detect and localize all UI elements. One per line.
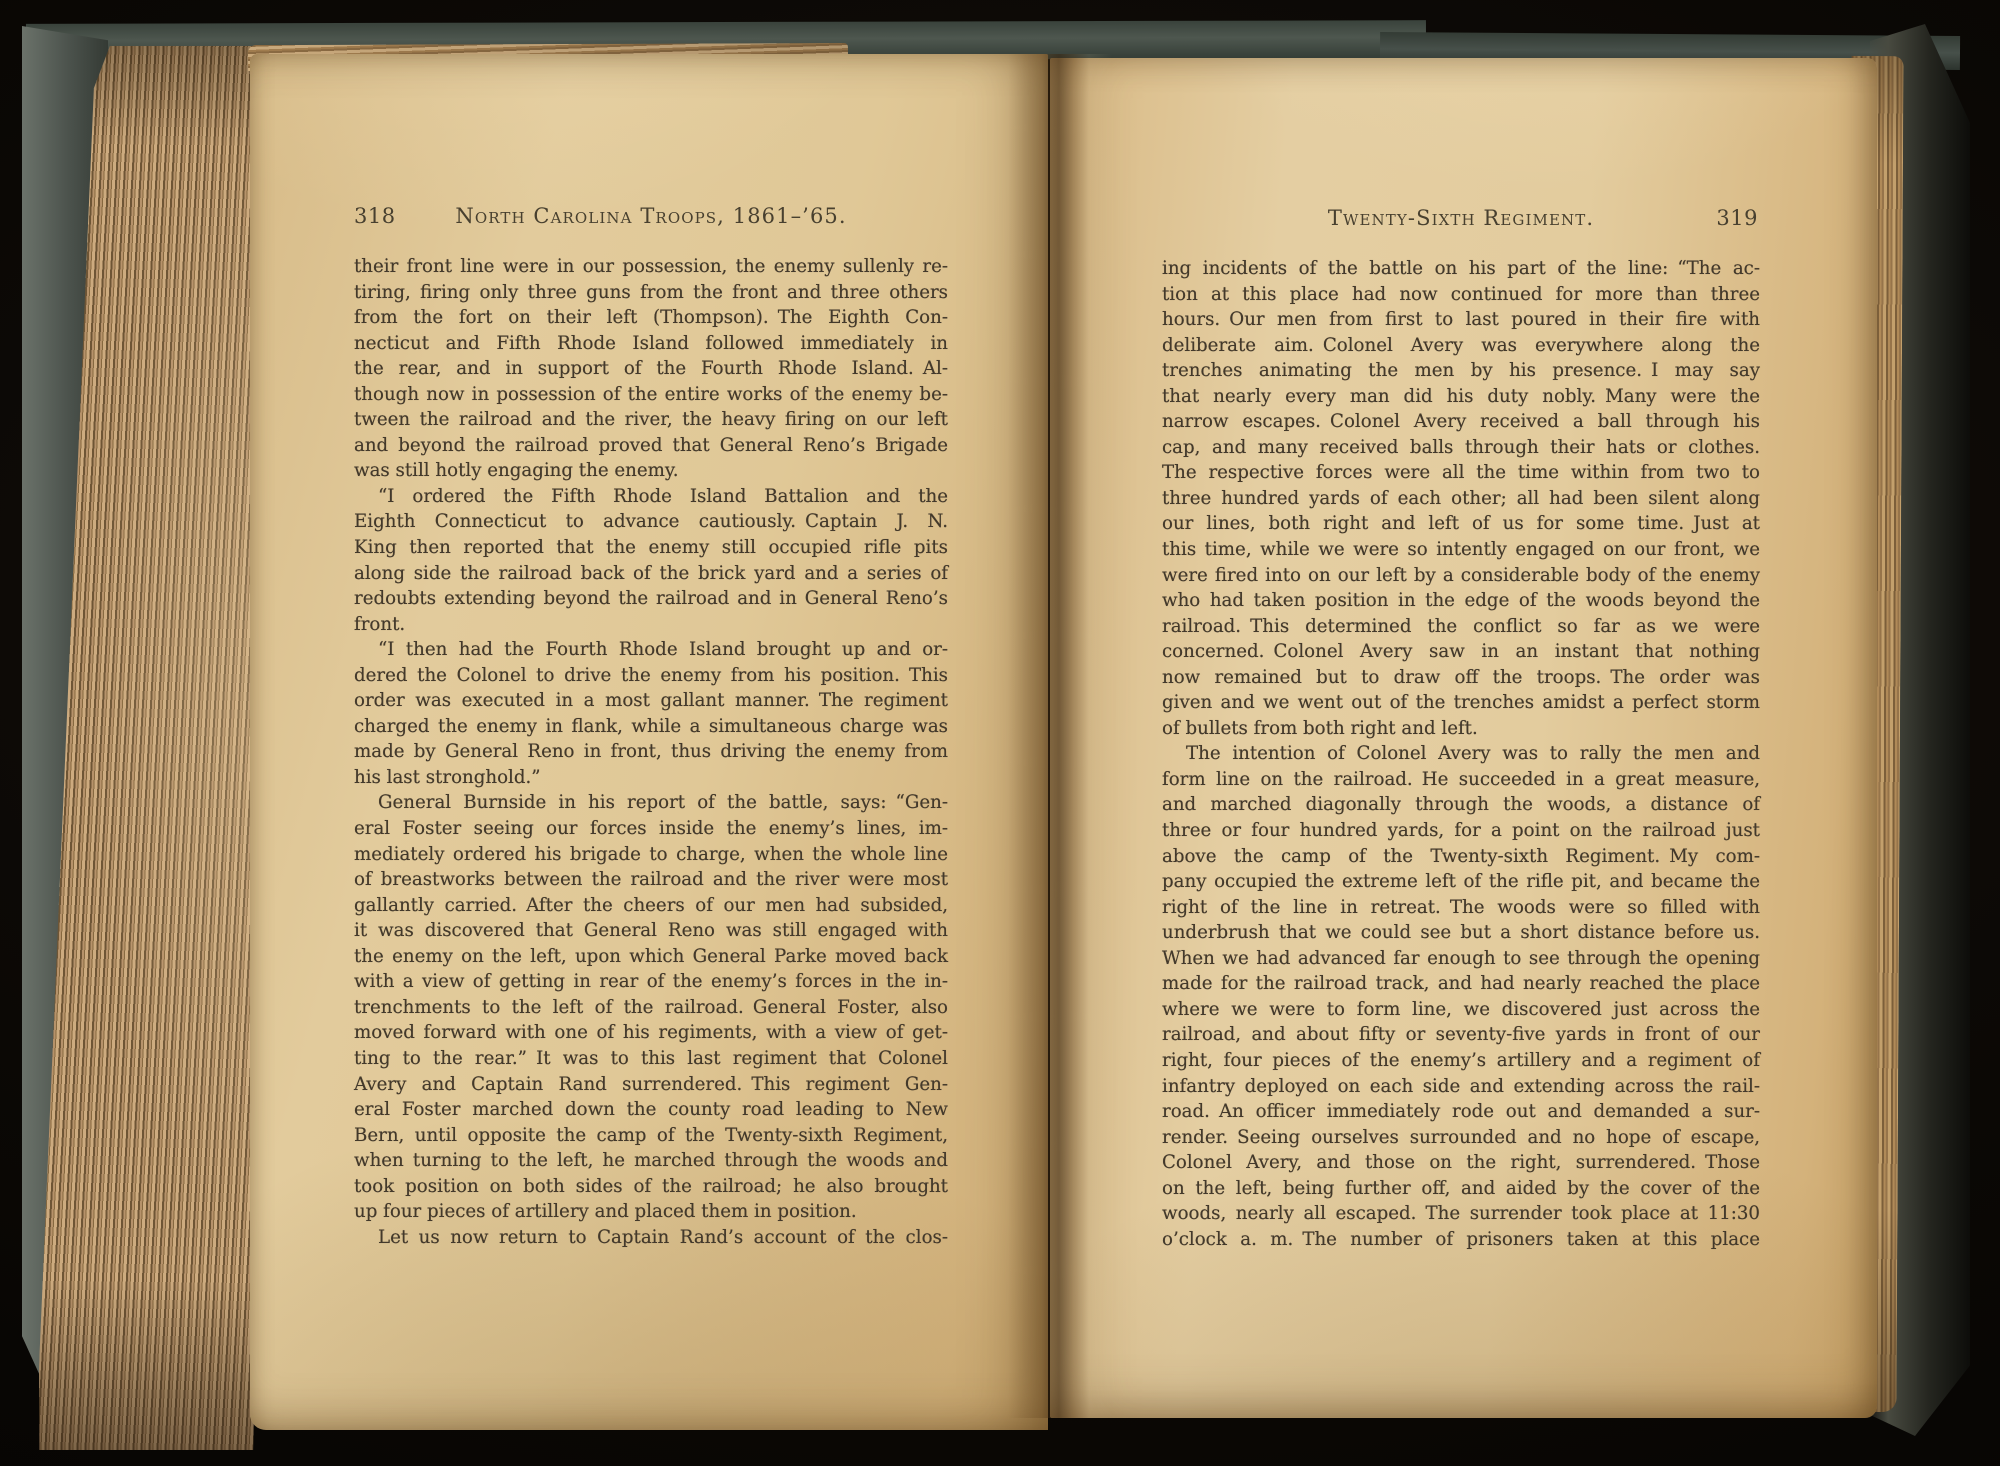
text-column-right: Twenty-Sixth Regiment. 319 ing incidents… [1162, 206, 1760, 1252]
text-line: tion at this place had now continued for… [1162, 282, 1760, 308]
text-line: concerned. Colonel Avery saw in an insta… [1162, 639, 1760, 665]
book-page-right: Twenty-Sixth Regiment. 319 ing incidents… [1050, 58, 1877, 1418]
text-line: of bullets from both right and left. [1162, 716, 1760, 742]
text-line: railroad, and about fifty or seventy-fiv… [1162, 1022, 1760, 1048]
text-line: redoubts extending beyond the railroad a… [354, 586, 948, 612]
text-line: road. An officer immediately rode out an… [1162, 1099, 1760, 1125]
running-header-right: Twenty-Sixth Regiment. 319 [1162, 206, 1760, 236]
text-line: and marched diagonally through the woods… [1162, 792, 1760, 818]
text-line: woods, nearly all escaped. The surrender… [1162, 1201, 1760, 1227]
text-line: where we were to form line, we discovere… [1162, 997, 1760, 1023]
text-line: was still hotly engaging the enemy. [354, 458, 948, 484]
text-line: gallantly carried. After the cheers of o… [354, 893, 948, 919]
text-line: were fired into on our left by a conside… [1162, 563, 1760, 589]
text-line: deliberate aim. Colonel Avery was everyw… [1162, 333, 1760, 359]
text-line: “I ordered the Fifth Rhode Island Battal… [354, 484, 948, 510]
text-line: from the fort on their left (Thompson). … [354, 305, 948, 331]
text-line: the rear, and in support of the Fourth R… [354, 356, 948, 382]
text-line: Avery and Captain Rand surrendered. This… [354, 1072, 948, 1098]
page-text-right: ing incidents of the battle on his part … [1162, 256, 1760, 1252]
text-line: now remained but to draw off the troops.… [1162, 665, 1760, 691]
text-line: his last stronghold.” [354, 765, 948, 791]
text-line: three or four hundred yards, for a point… [1162, 818, 1760, 844]
text-line: hours. Our men from first to last poured… [1162, 307, 1760, 333]
text-line: tiring, firing only three guns from the … [354, 280, 948, 306]
text-line: trenchments to the left of the railroad.… [354, 995, 948, 1021]
text-line: King then reported that the enemy still … [354, 535, 948, 561]
text-line: on the left, being further off, and aide… [1162, 1176, 1760, 1202]
text-line: dered the Colonel to drive the enemy fro… [354, 663, 948, 689]
text-line: front. [354, 612, 948, 638]
text-line: railroad. This determined the conflict s… [1162, 614, 1760, 640]
text-line: above the camp of the Twenty-sixth Regim… [1162, 844, 1760, 870]
text-line: right, four pieces of the enemy’s artill… [1162, 1048, 1760, 1074]
text-line: that nearly every man did his duty nobly… [1162, 384, 1760, 410]
text-line: of breastworks between the railroad and … [354, 867, 948, 893]
text-line: infantry deployed on each side and exten… [1162, 1074, 1760, 1100]
text-line: charged the enemy in flank, while a simu… [354, 714, 948, 740]
text-line: pany occupied the extreme left of the ri… [1162, 869, 1760, 895]
text-line: mediately ordered his brigade to charge,… [354, 842, 948, 868]
text-column-left: 318 North Carolina Troops, 1861–’65. the… [354, 204, 948, 1250]
text-line: necticut and Fifth Rhode Island followed… [354, 331, 948, 357]
text-line: When we had advanced far enough to see t… [1162, 946, 1760, 972]
text-line: moved forward with one of his regiments,… [354, 1020, 948, 1046]
text-line: our lines, both right and left of us for… [1162, 511, 1760, 537]
text-line: eral Foster seeing our forces inside the… [354, 816, 948, 842]
text-line: “I then had the Fourth Rhode Island brou… [354, 637, 948, 663]
text-line: right of the line in retreat. The woods … [1162, 895, 1760, 921]
text-line: Let us now return to Captain Rand’s acco… [354, 1225, 948, 1251]
text-line: their front line were in our possession,… [354, 254, 948, 280]
text-line: underbrush that we could see but a short… [1162, 920, 1760, 946]
page-number: 319 [1716, 206, 1758, 230]
text-line: with a view of getting in rear of the en… [354, 969, 948, 995]
text-line: order was executed in a most gallant man… [354, 688, 948, 714]
text-line: who had taken position in the edge of th… [1162, 588, 1760, 614]
text-line: The respective forces were all the time … [1162, 460, 1760, 486]
text-line: Colonel Avery, and those on the right, s… [1162, 1150, 1760, 1176]
text-line: The intention of Colonel Avery was to ra… [1162, 741, 1760, 767]
book-page-left: 318 North Carolina Troops, 1861–’65. the… [250, 54, 1048, 1430]
text-line: three hundred yards of each other; all h… [1162, 486, 1760, 512]
text-line: up four pieces of artillery and placed t… [354, 1199, 948, 1225]
text-line: Bern, until opposite the camp of the Twe… [354, 1123, 948, 1149]
text-line: this time, while we were so intently eng… [1162, 537, 1760, 563]
running-title: North Carolina Troops, 1861–’65. [354, 204, 948, 228]
text-line: Eighth Connecticut to advance cautiously… [354, 509, 948, 535]
photo-background: 318 North Carolina Troops, 1861–’65. the… [0, 0, 2000, 1466]
text-line: made for the railroad track, and had nea… [1162, 971, 1760, 997]
text-line: given and we went out of the trenches am… [1162, 690, 1760, 716]
text-line: trenches animating the men by his presen… [1162, 358, 1760, 384]
text-line: when turning to the left, he marched thr… [354, 1148, 948, 1174]
text-line: tween the railroad and the river, the he… [354, 407, 948, 433]
text-line: took position on both sides of the railr… [354, 1174, 948, 1200]
text-line: along side the railroad back of the bric… [354, 561, 948, 587]
text-line: o’clock a. m. The number of prisoners ta… [1162, 1227, 1760, 1253]
text-line: though now in possession of the entire w… [354, 382, 948, 408]
text-line: the enemy on the left, upon which Genera… [354, 944, 948, 970]
running-header-left: 318 North Carolina Troops, 1861–’65. [354, 204, 948, 234]
text-line: made by General Reno in front, thus driv… [354, 739, 948, 765]
text-line: eral Foster marched down the county road… [354, 1097, 948, 1123]
page-text-left: their front line were in our possession,… [354, 254, 948, 1250]
text-line: form line on the railroad. He succeeded … [1162, 767, 1760, 793]
text-line: General Burnside in his report of the ba… [354, 790, 948, 816]
text-line: render. Seeing ourselves surrounded and … [1162, 1125, 1760, 1151]
text-line: and beyond the railroad proved that Gene… [354, 433, 948, 459]
text-line: narrow escapes. Colonel Avery received a… [1162, 409, 1760, 435]
running-title: Twenty-Sixth Regiment. [1162, 206, 1760, 230]
text-line: ing incidents of the battle on his part … [1162, 256, 1760, 282]
text-line: it was discovered that General Reno was … [354, 918, 948, 944]
text-line: ting to the rear.” It was to this last r… [354, 1046, 948, 1072]
text-line: cap, and many received balls through the… [1162, 435, 1760, 461]
